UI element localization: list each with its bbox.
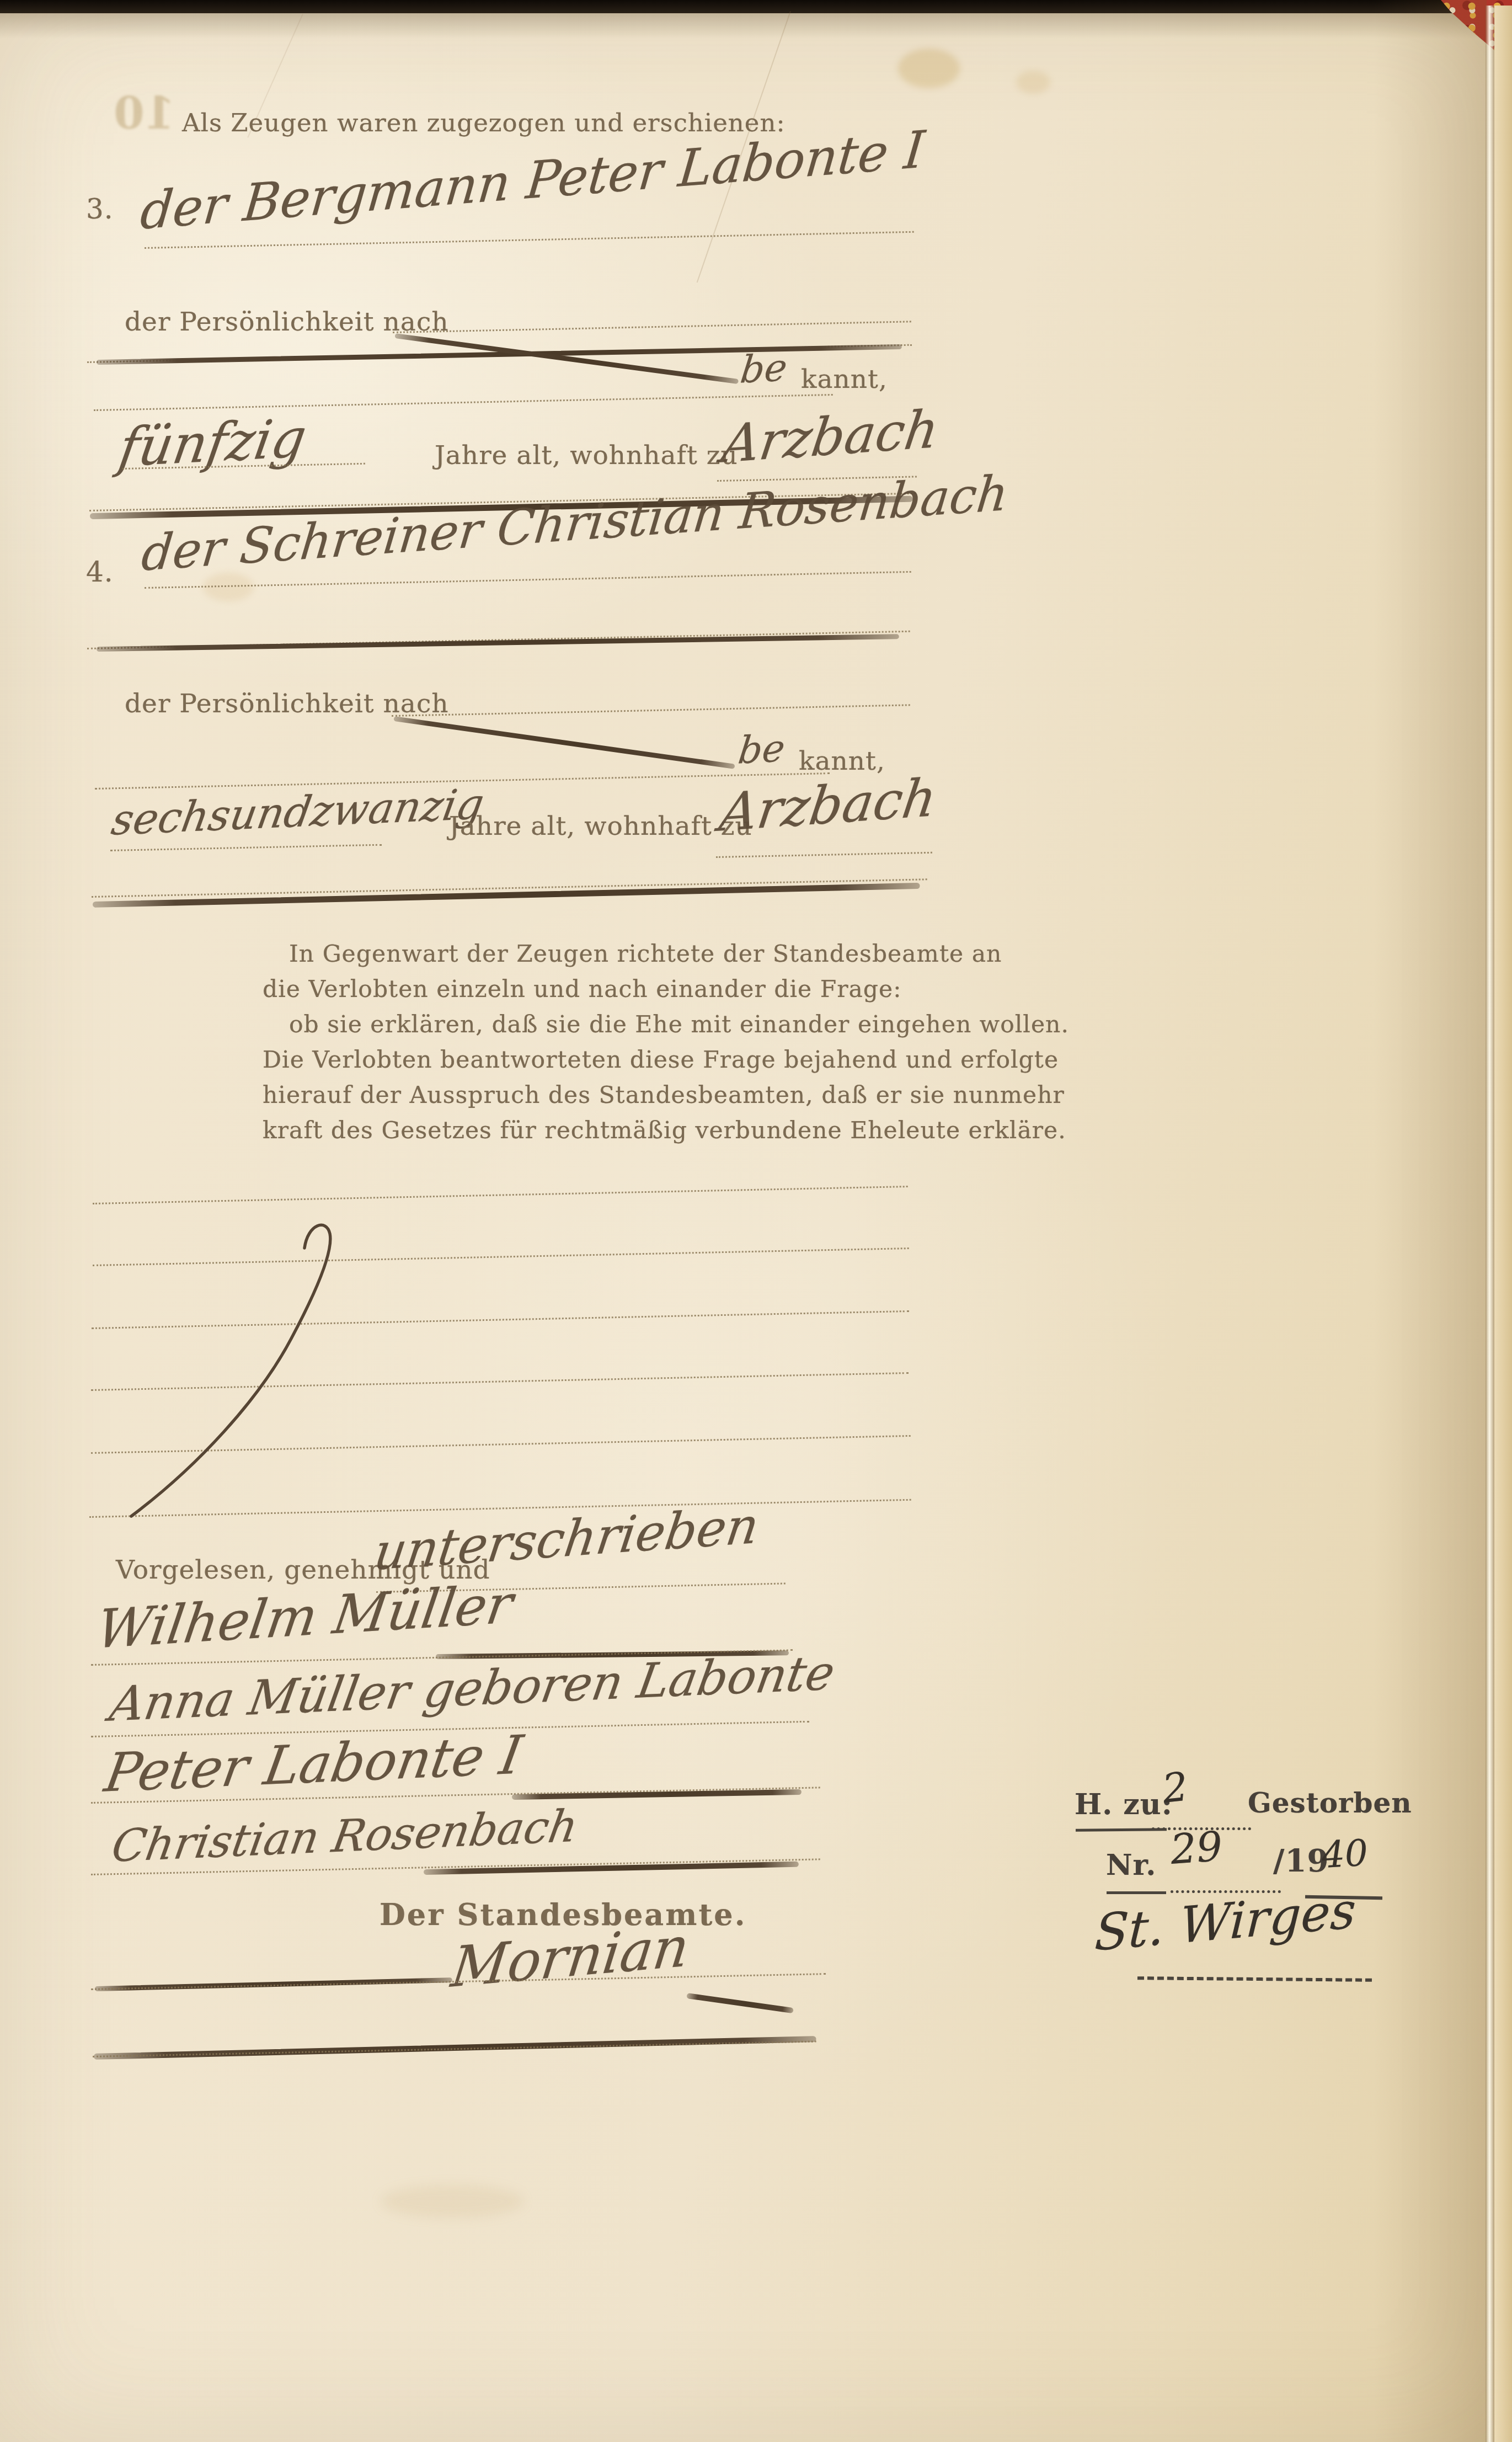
paper-stain <box>1016 71 1050 94</box>
stamp-underline <box>1107 1891 1166 1894</box>
witness-3-number: 3. <box>86 193 114 225</box>
pen-stroke <box>686 1993 793 2013</box>
dotted-line <box>716 852 932 858</box>
declaration-line: ob sie erklären, daß sie die Ehe mit ein… <box>263 1007 1002 1043</box>
witness-4-number: 4. <box>86 556 114 588</box>
stamp-gestorben-label: Gestorben <box>1248 1787 1412 1819</box>
declaration-line: kraft des Gesetzes für rechtmäßig verbun… <box>263 1113 1002 1149</box>
signature-christian-rosenbach: Christian Rosenbach <box>108 1800 581 1872</box>
page-number-bleedthrough: 10 <box>114 87 175 139</box>
witness-4-age-handwritten: sechsundzwanzig <box>108 779 488 845</box>
dotted-line <box>93 2041 816 2057</box>
photo-top-edge <box>0 0 1512 13</box>
dotted-line <box>110 844 382 851</box>
pen-stroke <box>93 883 920 908</box>
paper-stain <box>898 49 960 88</box>
declaration-paragraph: In Gegenwart der Zeugen richtete der Sta… <box>263 937 1002 1149</box>
dotted-line <box>393 321 911 333</box>
paper-stain <box>381 2185 524 2218</box>
witness-4-identity-printed: kannt, <box>799 746 885 776</box>
stamp-h-zu-value-handwritten: 2 <box>1160 1763 1190 1812</box>
witness-section-heading: Als Zeugen waren zugezogen und erschiene… <box>182 108 786 137</box>
witness-4-name-handwritten: der Schreiner Christian Rosenbach <box>139 464 1011 582</box>
diagonal-pen-stroke <box>394 333 739 384</box>
stamp-jagged-underline <box>1137 1976 1372 1982</box>
stamp-year-prefix: /19 <box>1273 1843 1329 1879</box>
witness-4-identity-handwritten: be <box>736 727 787 773</box>
fold-shadow <box>1374 0 1487 2442</box>
stamp-nr-value-handwritten: 29 <box>1169 1823 1224 1874</box>
witness-3-age-label: Jahre alt, wohnhaft zu <box>435 440 738 471</box>
cancellation-flourish-stroke <box>99 1203 359 1534</box>
dotted-line <box>94 394 833 411</box>
diagonal-pen-stroke <box>393 716 735 769</box>
register-page: 10 Als Zeugen waren zugezogen und erschi… <box>0 0 1512 2442</box>
witness-4-residence-handwritten: Arzbach <box>716 767 940 844</box>
top-edge-shadow <box>0 13 1512 39</box>
dotted-line <box>93 1186 908 1204</box>
stamp-year-value-handwritten: 40 <box>1321 1832 1369 1876</box>
declaration-line: hierauf der Ausspruch des Standesbeamten… <box>263 1078 1002 1113</box>
pen-stroke <box>97 634 899 652</box>
dotted-line <box>392 704 910 717</box>
stamp-h-zu-label: H. zu: <box>1075 1788 1173 1821</box>
witness-4-age-label: Jahre alt, wohnhaft zu <box>449 811 752 841</box>
page-fold-edge <box>1486 6 1494 2442</box>
declaration-line: In Gegenwart der Zeugen richtete der Sta… <box>263 937 1002 972</box>
second-page-edge <box>1494 6 1512 2442</box>
declaration-line: die Verlobten einzeln und nach einander … <box>263 972 1002 1007</box>
declaration-line: Die Verlobten beantworteten diese Frage … <box>263 1043 1002 1078</box>
witness-3-identity-printed: kannt, <box>801 364 888 394</box>
witness-3-name-handwritten: der Bergmann Peter Labonte I <box>138 120 927 241</box>
signature-wilhelm-mueller: Wilhelm Müller <box>93 1573 517 1661</box>
stamp-nr-label: Nr. <box>1106 1848 1156 1882</box>
dotted-line <box>145 231 914 249</box>
witness-3-identity-handwritten: be <box>738 346 789 392</box>
witness-3-residence-handwritten: Arzbach <box>718 399 942 475</box>
